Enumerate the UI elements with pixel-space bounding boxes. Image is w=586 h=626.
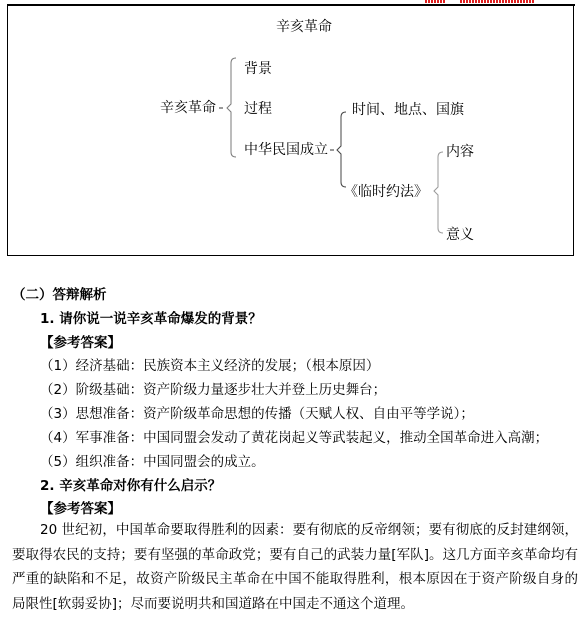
node-time-place-flag: 时间、地点、国旗 — [352, 102, 464, 118]
answer-item: （1）经济基础：民族资本主义经济的发展；（根本原因） — [40, 357, 379, 375]
section-heading: （二）答辩解析 — [12, 286, 107, 304]
answer-item: （2）阶级基础：资产阶级力量逐步壮大并登上历史舞台； — [40, 381, 386, 399]
answer-item: （4）军事准备：中国同盟会发动了黄花岗起义等武装起义，推动全国革命进入高潮； — [40, 429, 548, 447]
node-content: 内容 — [446, 144, 474, 160]
node-significance: 意义 — [446, 227, 474, 243]
diagram-root-node: 辛亥革命 — [160, 100, 216, 116]
answer-item: （3）思想准备：资产阶级革命思想的传播（天赋人权、自由平等学说）； — [40, 405, 474, 423]
answer-label-2: 【参考答案】 — [40, 500, 121, 518]
answer-paragraph: 20 世纪初，中国革命要取得胜利的因素：要有彻底的反帝纲领；要有彻底的反封建纲领… — [12, 518, 578, 617]
node-provisional-constitution: 《临时约法》 — [344, 184, 428, 200]
node-background: 背景 — [244, 61, 272, 77]
answer-item: （5）组织准备：中国同盟会的成立。 — [40, 453, 265, 471]
brace-connectors — [0, 0, 586, 260]
question-2: 2. 辛亥革命对你有什么启示？ — [40, 477, 221, 495]
question-1: 1. 请你说一说辛亥革命爆发的背景？ — [40, 310, 262, 328]
node-process: 过程 — [244, 101, 272, 117]
answer-label-1: 【参考答案】 — [40, 334, 121, 352]
node-roc-founding: 中华民国成立 — [244, 142, 328, 158]
diagram-title: 辛亥革命 — [276, 19, 332, 35]
